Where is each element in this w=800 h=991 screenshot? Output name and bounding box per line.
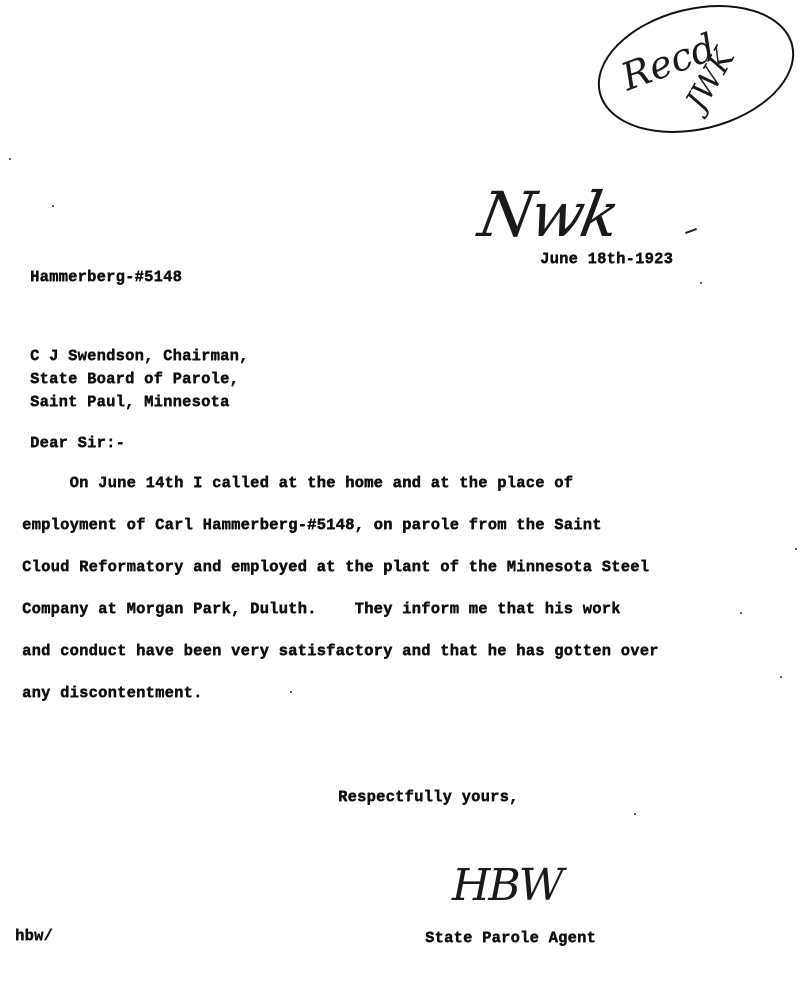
recipient-line-3: Saint Paul, Minnesota (30, 393, 230, 411)
scan-speck (795, 548, 797, 550)
letter-page: Recd JWK Nwk Hammerberg-#5148 June 18th-… (0, 0, 800, 991)
scan-speck (740, 612, 742, 614)
body-line: Cloud Reformatory and employed at the pl… (22, 558, 649, 576)
recipient-line-2: State Board of Parole, (30, 370, 239, 388)
body-line: employment of Carl Hammerberg-#5148, on … (22, 516, 602, 534)
signature: HBW (452, 860, 562, 911)
body-line: Company at Morgan Park, Duluth. They inf… (22, 600, 621, 618)
file-reference: Hammerberg-#5148 (30, 268, 182, 286)
body-line: any discontentment. (22, 684, 203, 702)
closing: Respectfully yours, (338, 788, 519, 806)
scan-speck (52, 205, 54, 207)
pen-mark (685, 228, 697, 234)
signer-title: State Parole Agent (425, 929, 596, 947)
handwritten-initials: Nwk (474, 178, 623, 251)
scan-speck (290, 691, 292, 693)
typist-initials: hbw/ (15, 927, 53, 945)
scan-speck (780, 676, 782, 678)
scan-speck (700, 282, 702, 284)
body-line: On June 14th I called at the home and at… (22, 474, 573, 492)
body-line: and conduct have been very satisfactory … (22, 642, 659, 660)
letter-date: June 18th-1923 (540, 250, 673, 268)
scan-speck (634, 813, 636, 815)
salutation: Dear Sir:- (30, 434, 125, 452)
recipient-line-1: C J Swendson, Chairman, (30, 347, 249, 365)
scan-speck (9, 158, 11, 160)
